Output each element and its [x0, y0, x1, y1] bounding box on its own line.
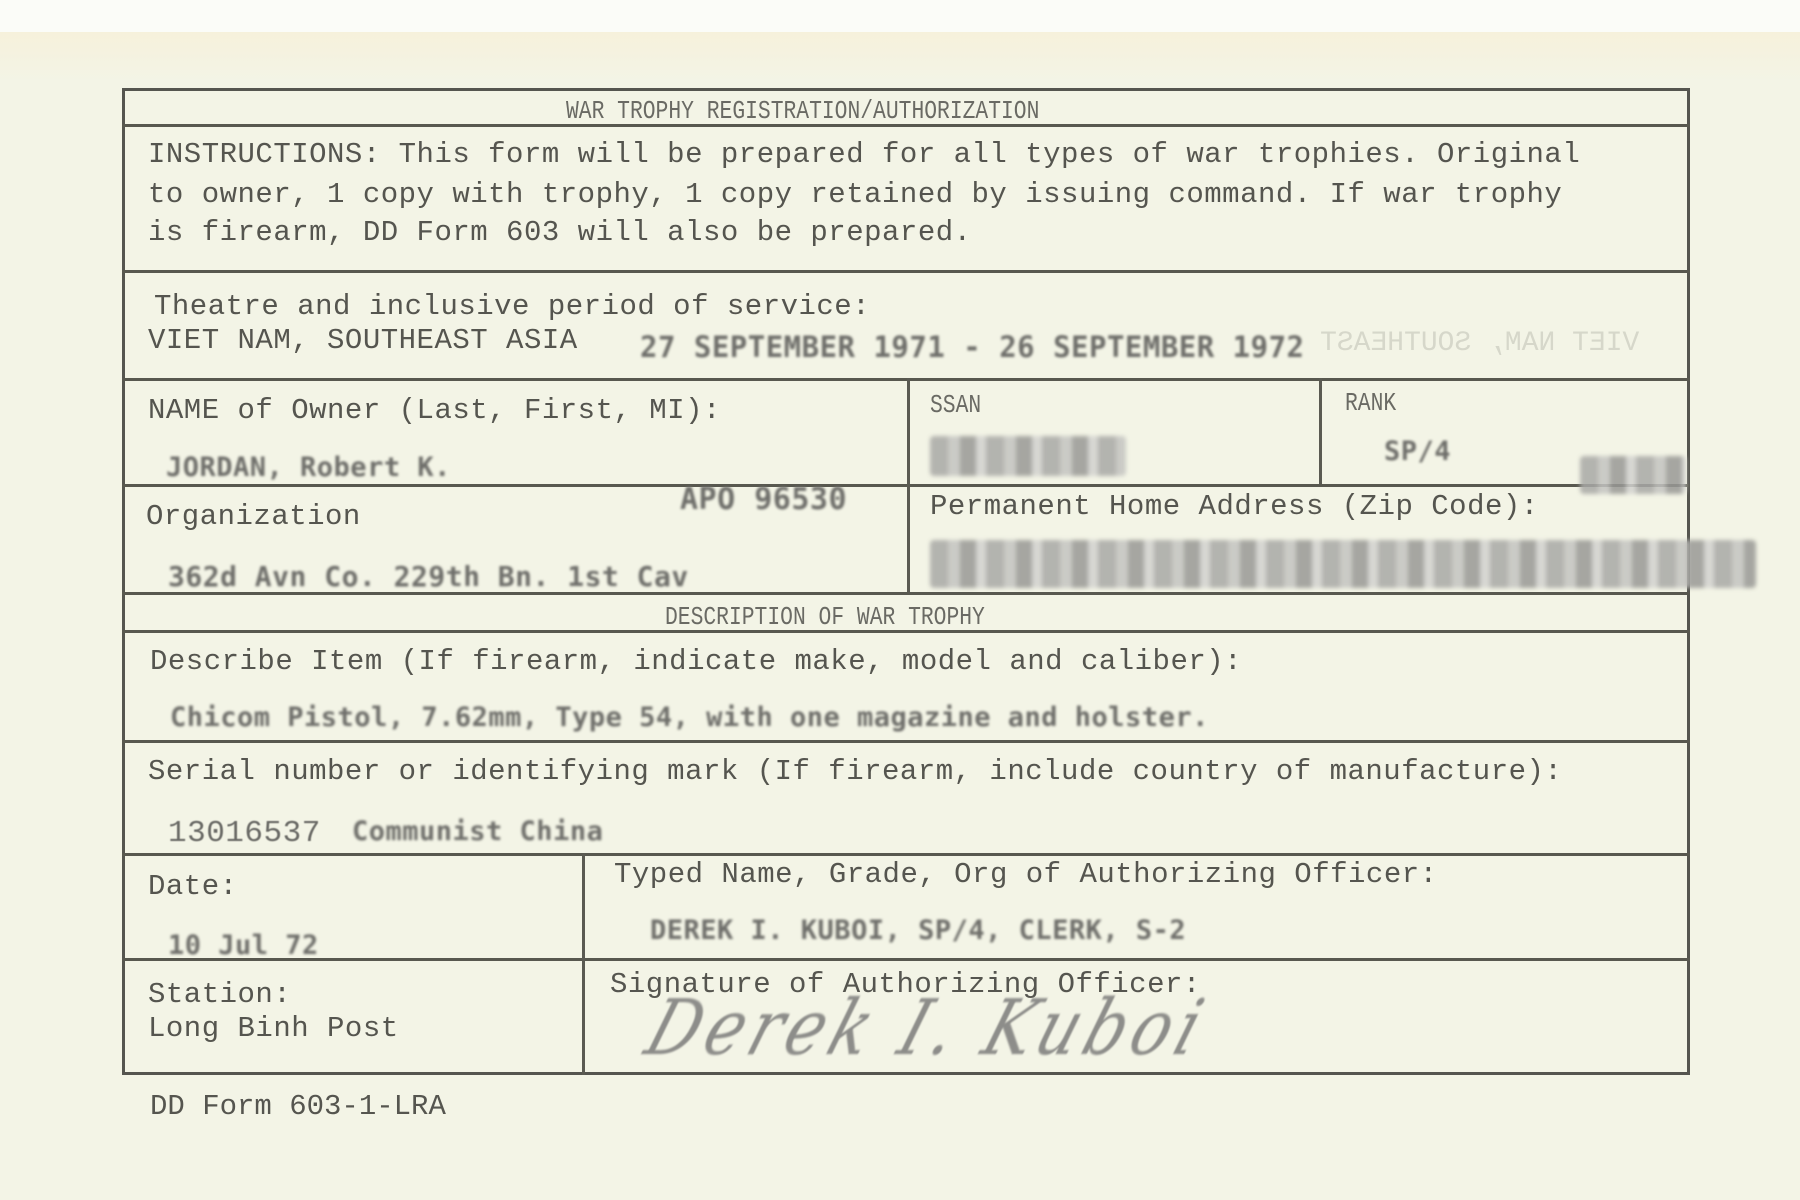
ssan-label: SSAN: [930, 390, 981, 420]
officer-label: Typed Name, Grade, Org of Authorizing Of…: [614, 858, 1438, 891]
divider-theatre: [122, 378, 1690, 381]
instructions-line-1: INSTRUCTIONS: This form will be prepared…: [148, 138, 1580, 171]
officer-value: DEREK I. KUBOI, SP/4, CLERK, S-2: [650, 915, 1186, 946]
rank-value: SP/4: [1384, 436, 1451, 467]
describe-item-label: Describe Item (If firearm, indicate make…: [150, 645, 1242, 678]
divider-auth-column: [582, 853, 585, 1075]
serial-label: Serial number or identifying mark (If fi…: [148, 755, 1562, 788]
form-title: WAR TROPHY REGISTRATION/AUTHORIZATION: [566, 96, 1039, 126]
officer-signature: Derek I. Kuboi: [636, 985, 1219, 1074]
service-period-value: 27 SEPTEMBER 1971 - 26 SEPTEMBER 1972: [640, 330, 1305, 364]
description-header: DESCRIPTION OF WAR TROPHY: [665, 602, 985, 632]
owner-name-label: NAME of Owner (Last, First, MI):: [148, 394, 721, 427]
instructions-line-2: to owner, 1 copy with trophy, 1 copy ret…: [148, 178, 1562, 211]
date-value: 10 Jul 72: [168, 930, 319, 961]
paper-stain: [0, 32, 1800, 82]
apo-value: APO 96530: [680, 482, 847, 517]
date-label: Date:: [148, 870, 238, 903]
serial-number-value: 13016537: [168, 816, 321, 851]
home-address-redacted: [930, 540, 1756, 588]
divider-serial: [122, 853, 1690, 856]
ssan-redacted: [930, 436, 1126, 476]
station-value: Long Binh Post: [148, 1012, 399, 1045]
zip-redacted: [1580, 456, 1686, 494]
describe-item-value: Chicom Pistol, 7.62mm, Type 54, with one…: [170, 702, 1209, 733]
theatre-label: Theatre and inclusive period of service:: [154, 290, 870, 323]
rank-label: RANK: [1345, 388, 1396, 418]
home-address-label: Permanent Home Address (Zip Code):: [930, 490, 1539, 523]
divider-instructions: [122, 270, 1690, 273]
divider-owner-column: [907, 378, 910, 592]
theatre-value: VIET NAM, SOUTHEAST ASIA: [148, 324, 578, 357]
paper-edge: [0, 0, 1800, 32]
organization-value: 362d Avn Co. 229th Bn. 1st Cav: [168, 560, 689, 593]
organization-label: Organization: [146, 500, 361, 533]
divider-name-row: [122, 484, 1690, 487]
station-label: Station:: [148, 978, 291, 1011]
country-value: Communist China: [352, 816, 603, 847]
form-number: DD Form 603-1-LRA: [150, 1090, 446, 1123]
owner-name-value: JORDAN, Robert K.: [166, 452, 451, 483]
instructions-line-3: is firearm, DD Form 603 will also be pre…: [148, 216, 972, 249]
divider-describe-item: [122, 740, 1690, 743]
divider-date-row: [122, 958, 1690, 961]
divider-ssan-rank: [1319, 378, 1322, 484]
